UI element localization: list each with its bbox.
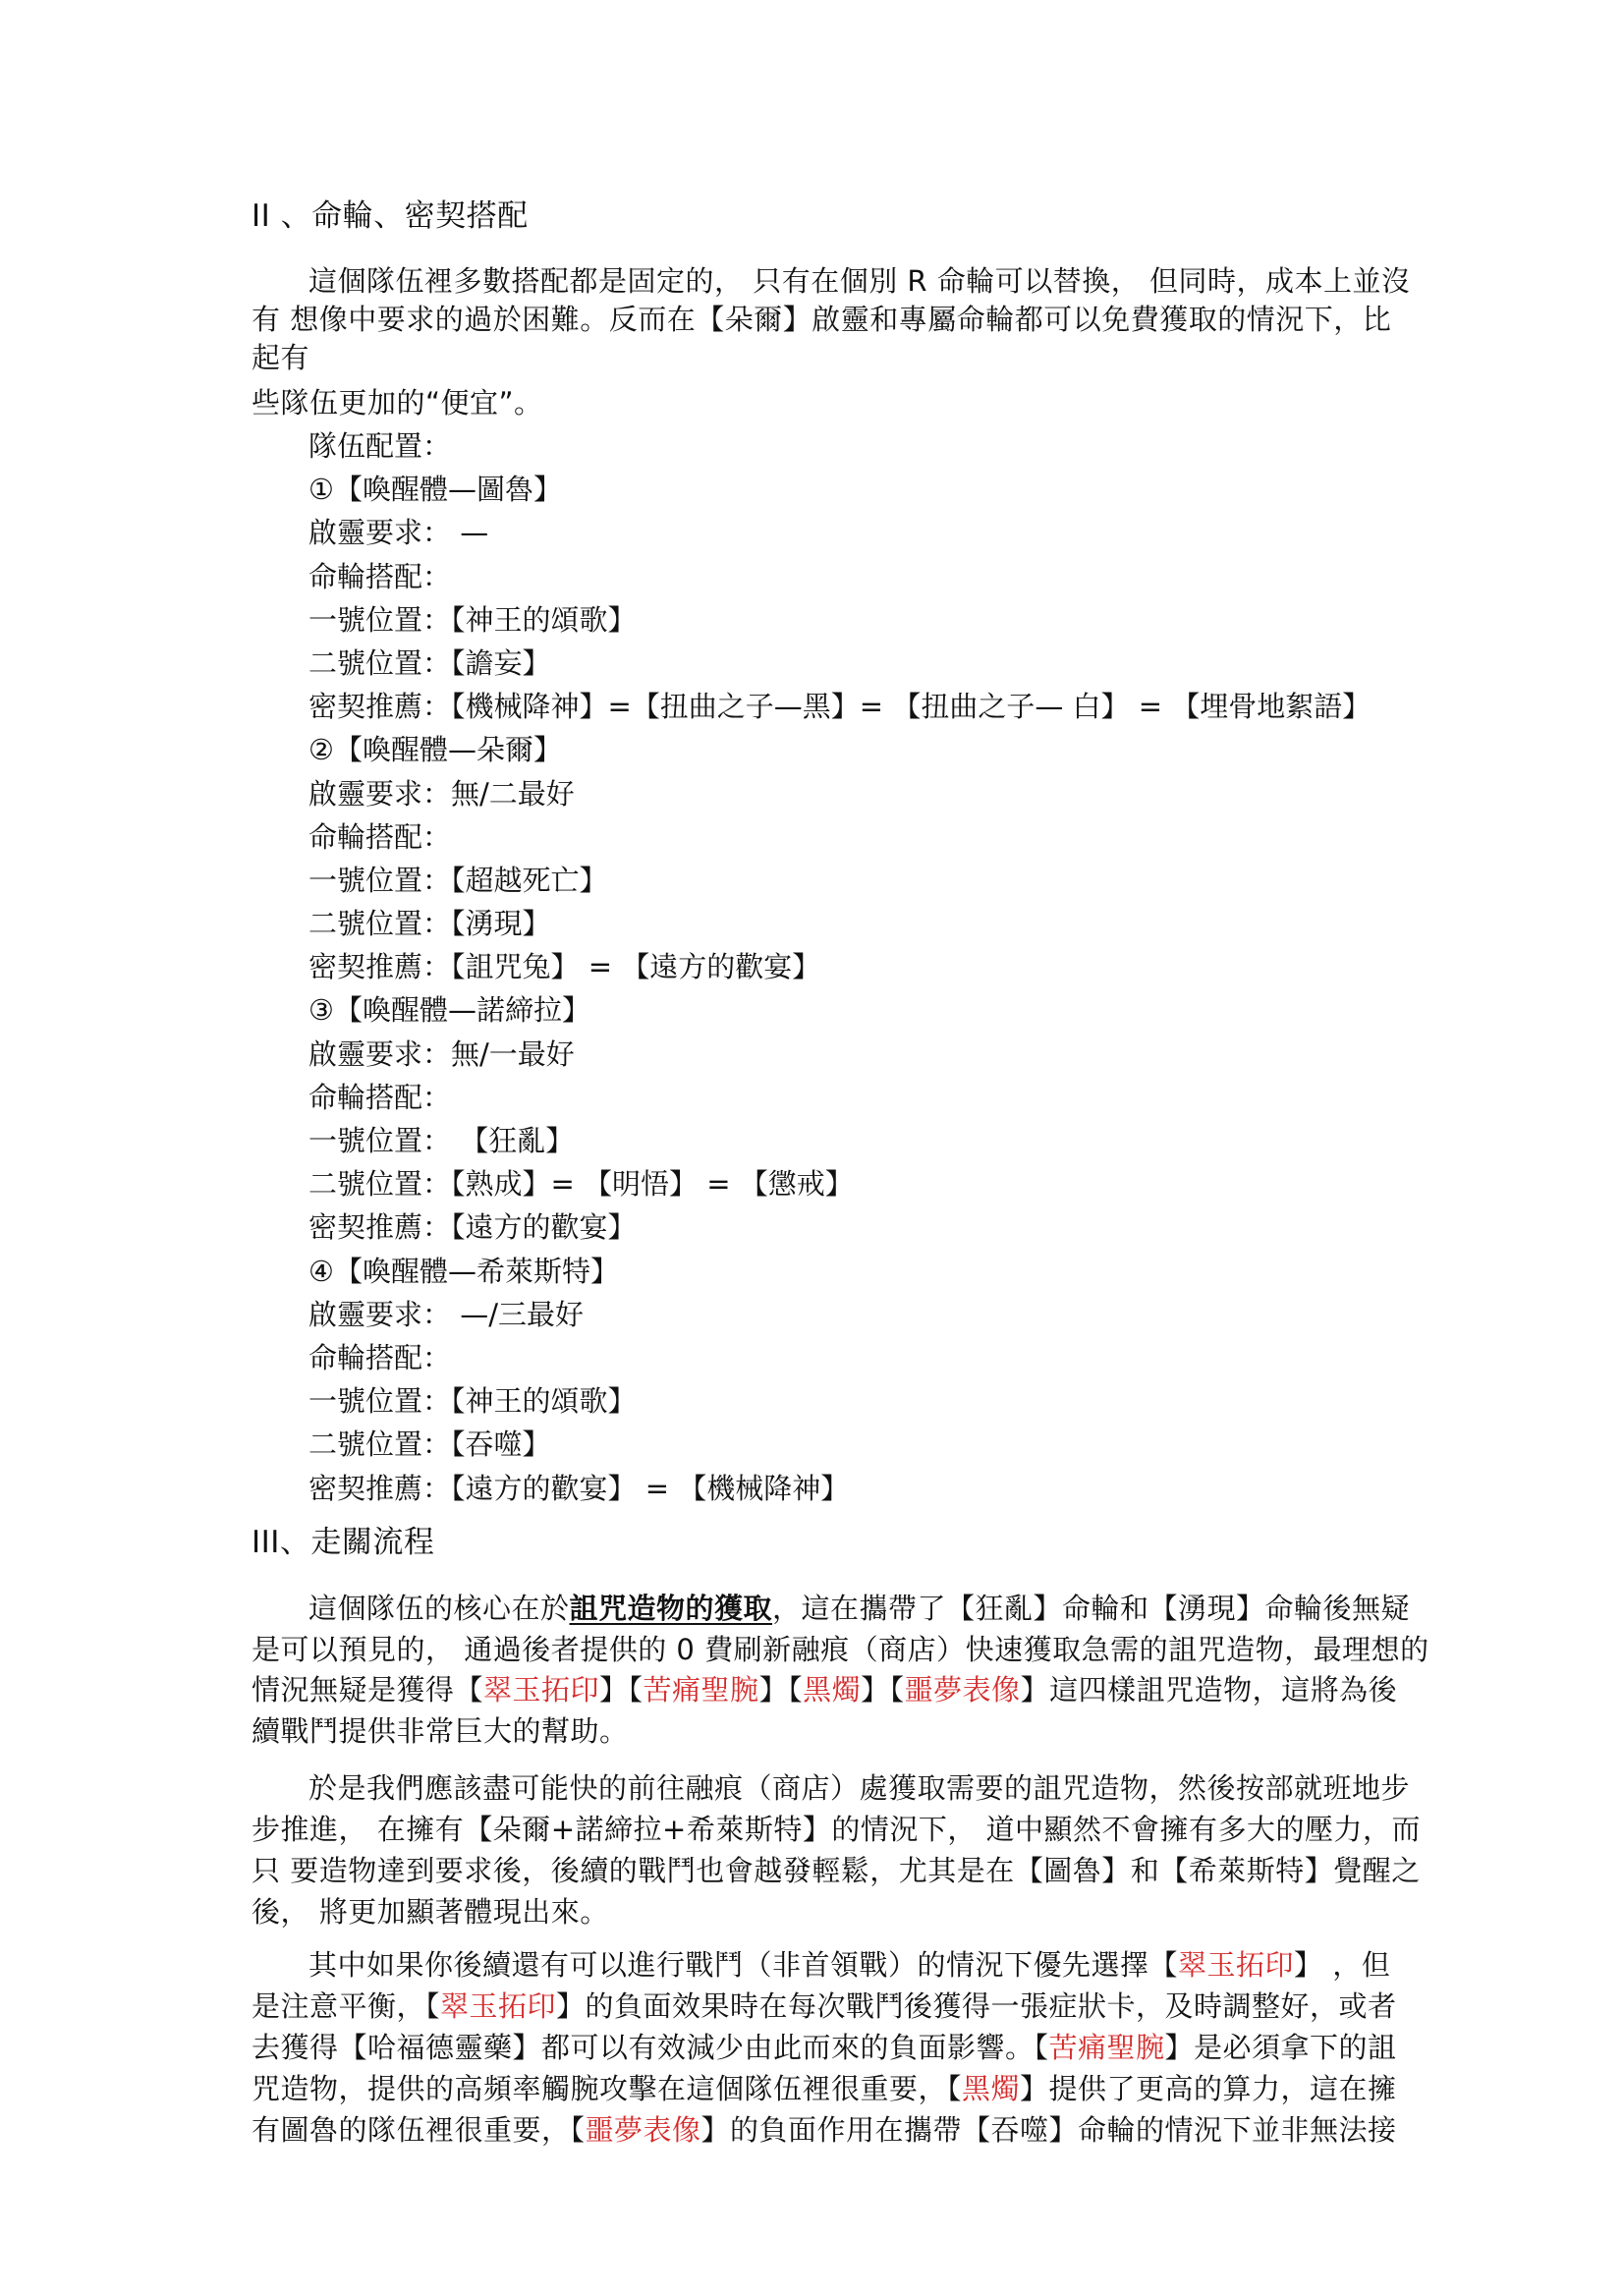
team-member-3-covenant: 密契推薦：【遠方的歡宴】 bbox=[308, 1205, 1371, 1249]
p3-line-2: 是注意平衡，【翠玉拓印】的負面效果時在每次戰鬥後獲得一張症狀卡，及時調整好，或者 bbox=[252, 1987, 1397, 2026]
artifact-black-candle: 黑燭 bbox=[803, 1673, 861, 1707]
p3-text: 】 ，但 bbox=[1294, 1948, 1390, 1982]
p1-text: ，這在攜帶了【狂亂】命輪和【湧現】命輪後無疑 bbox=[772, 1592, 1410, 1625]
p1-text: 】【 bbox=[759, 1673, 804, 1707]
p3-line-1: 其中如果你後續還有可以進行戰鬥（非首領戰）的情況下優先選擇【翠玉拓印】 ，但 bbox=[308, 1945, 1390, 1985]
team-member-4-slot-2: 二號位置：【吞噬】 bbox=[308, 1423, 1371, 1466]
team-member-4-wheel-label: 命輪搭配： bbox=[308, 1336, 1371, 1379]
p3-text: 去獲得【哈福德靈藥】都可以有效減少由此而來的負面影響。【 bbox=[252, 2031, 1049, 2064]
p3-text: 】是必須拿下的詛 bbox=[1165, 2031, 1397, 2064]
p1-line-2: 是可以預見的， 通過後者提供的 0 費刷新融痕（商店）快速獲取急需的詛咒造物，最… bbox=[252, 1630, 1429, 1669]
intro-line-2: 有 想像中要求的過於困難。反而在【朵爾】啟靈和專屬命輪都可以免費獲取的情況下，比 bbox=[252, 300, 1391, 339]
team-member-1-slot-2: 二號位置：【譫妄】 bbox=[308, 642, 1371, 685]
artifact-agony-wrist: 苦痛聖腕 bbox=[1049, 2031, 1165, 2064]
team-member-2-covenant: 密契推薦：【詛咒兔】 = 【遠方的歡宴】 bbox=[308, 945, 1371, 988]
p3-text: 咒造物，提供的高頻率觸腕攻擊在這個隊伍裡很重要，【 bbox=[252, 2072, 962, 2105]
p3-line-4: 咒造物，提供的高頻率觸腕攻擊在這個隊伍裡很重要，【黑燭】提供了更高的算力，這在擁 bbox=[252, 2069, 1397, 2108]
team-member-4-awaken-req: 啟靈要求： —/三最好 bbox=[308, 1293, 1371, 1336]
document-page: II 、命輪、密契搭配 這個隊伍裡多數搭配都是固定的， 只有在個別 R 命輪可以… bbox=[0, 0, 1624, 2295]
team-member-1-title: ①【喚醒體—圖魯】 bbox=[308, 468, 1371, 511]
team-member-1-awaken-req: 啟靈要求： — bbox=[308, 511, 1371, 554]
artifact-nightmare-image: 噩夢表像 bbox=[586, 2113, 701, 2147]
team-member-4-title: ④【喚醒體—希萊斯特】 bbox=[308, 1250, 1371, 1293]
p1-text: 】【 bbox=[599, 1673, 644, 1707]
p3-text: 是注意平衡，【 bbox=[252, 1989, 440, 2023]
p1-text: 】【 bbox=[861, 1673, 905, 1707]
p1-line-4: 續戰鬥提供非常巨大的幫助。 bbox=[252, 1711, 629, 1751]
p3-text: 有圖魯的隊伍裡很重要，【 bbox=[252, 2113, 586, 2147]
team-member-1-wheel-label: 命輪搭配： bbox=[308, 555, 1371, 598]
artifact-agony-wrist: 苦痛聖腕 bbox=[644, 1673, 759, 1707]
p3-line-3: 去獲得【哈福德靈藥】都可以有效減少由此而來的負面影響。【苦痛聖腕】是必須拿下的詛 bbox=[252, 2028, 1397, 2067]
team-member-2-slot-2: 二號位置：【湧現】 bbox=[308, 902, 1371, 945]
team-member-4-covenant: 密契推薦：【遠方的歡宴】 = 【機械降神】 bbox=[308, 1467, 1371, 1510]
section-2-heading: II 、命輪、密契搭配 bbox=[252, 196, 529, 236]
team-member-3-title: ③【喚醒體—諾締拉】 bbox=[308, 988, 1371, 1032]
section-3-heading: III、走關流程 bbox=[252, 1523, 434, 1562]
p1-text: 】這四樣詛咒造物，這將為後 bbox=[1021, 1673, 1398, 1707]
p3-text: 】提供了更高的算力，這在擁 bbox=[1020, 2072, 1397, 2105]
artifact-jade-rubbing: 翠玉拓印 bbox=[440, 1989, 556, 2023]
p1-line-3: 情況無疑是獲得【翠玉拓印】【苦痛聖腕】【黑燭】【噩夢表像】這四樣詛咒造物，這將為… bbox=[252, 1670, 1397, 1709]
p1-line-1: 這個隊伍的核心在於詛咒造物的獲取，這在攜帶了【狂亂】命輪和【湧現】命輪後無疑 bbox=[308, 1589, 1410, 1628]
intro-line-1: 這個隊伍裡多數搭配都是固定的， 只有在個別 R 命輪可以替換， 但同時，成本上並… bbox=[308, 261, 1411, 301]
team-member-3-awaken-req: 啟靈要求：無/一最好 bbox=[308, 1033, 1371, 1076]
team-member-2-awaken-req: 啟靈要求：無/二最好 bbox=[308, 772, 1371, 815]
team-config-label: 隊伍配置： bbox=[308, 424, 1371, 468]
p2-line-3: 只 要造物達到要求後，後續的戰鬥也會越發輕鬆，尤其是在【圖魯】和【希萊斯特】覺醒… bbox=[252, 1851, 1421, 1890]
intro-line-4: 些隊伍更加的“便宜”。 bbox=[252, 383, 543, 422]
p1-text: 情況無疑是獲得【 bbox=[252, 1673, 483, 1707]
p2-line-2: 步推進， 在擁有【朵爾+諾締拉+希萊斯特】的情況下， 道中顯然不會擁有多大的壓力… bbox=[252, 1810, 1421, 1849]
team-member-1-slot-1: 一號位置：【神王的頌歌】 bbox=[308, 598, 1371, 642]
intro-line-3: 起有 bbox=[252, 338, 309, 377]
artifact-black-candle: 黑燭 bbox=[962, 2072, 1020, 2105]
p1-text: 這個隊伍的核心在於 bbox=[308, 1592, 570, 1625]
p3-line-5: 有圖魯的隊伍裡很重要，【噩夢表像】的負面作用在攜帶【吞噬】命輪的情況下並非無法接 bbox=[252, 2110, 1397, 2150]
team-member-2-wheel-label: 命輪搭配： bbox=[308, 815, 1371, 859]
team-config-list: 隊伍配置： ①【喚醒體—圖魯】 啟靈要求： — 命輪搭配： 一號位置：【神王的頌… bbox=[308, 424, 1371, 1510]
key-phrase-bold-underlined: 詛咒造物的獲取 bbox=[570, 1592, 773, 1625]
team-member-2-slot-1: 一號位置：【超越死亡】 bbox=[308, 859, 1371, 902]
p3-text: 其中如果你後續還有可以進行戰鬥（非首領戰）的情況下優先選擇【 bbox=[308, 1948, 1178, 1982]
team-member-3-wheel-label: 命輪搭配： bbox=[308, 1076, 1371, 1119]
artifact-jade-rubbing: 翠玉拓印 bbox=[483, 1673, 599, 1707]
artifact-jade-rubbing: 翠玉拓印 bbox=[1178, 1948, 1294, 1982]
artifact-nightmare-image: 噩夢表像 bbox=[905, 1673, 1021, 1707]
team-member-2-title: ②【喚醒體—朵爾】 bbox=[308, 728, 1371, 771]
p3-text: 】的負面效果時在每次戰鬥後獲得一張症狀卡，及時調整好，或者 bbox=[556, 1989, 1397, 2023]
p3-text: 】的負面作用在攜帶【吞噬】命輪的情況下並非無法接 bbox=[701, 2113, 1397, 2147]
team-member-4-slot-1: 一號位置：【神王的頌歌】 bbox=[308, 1379, 1371, 1423]
team-member-3-slot-1: 一號位置： 【狂亂】 bbox=[308, 1119, 1371, 1162]
team-member-3-slot-2: 二號位置：【熟成】= 【明悟】 = 【懲戒】 bbox=[308, 1162, 1371, 1205]
team-member-1-covenant: 密契推薦：【機械降神】=【扭曲之子—黑】= 【扭曲之子— 白】 = 【埋骨地絮語… bbox=[308, 685, 1371, 728]
p2-line-1: 於是我們應該盡可能快的前往融痕（商店）處獲取需要的詛咒造物，然後按部就班地步 bbox=[308, 1768, 1410, 1808]
p2-line-4: 後， 將更加顯著體現出來。 bbox=[252, 1892, 609, 1931]
